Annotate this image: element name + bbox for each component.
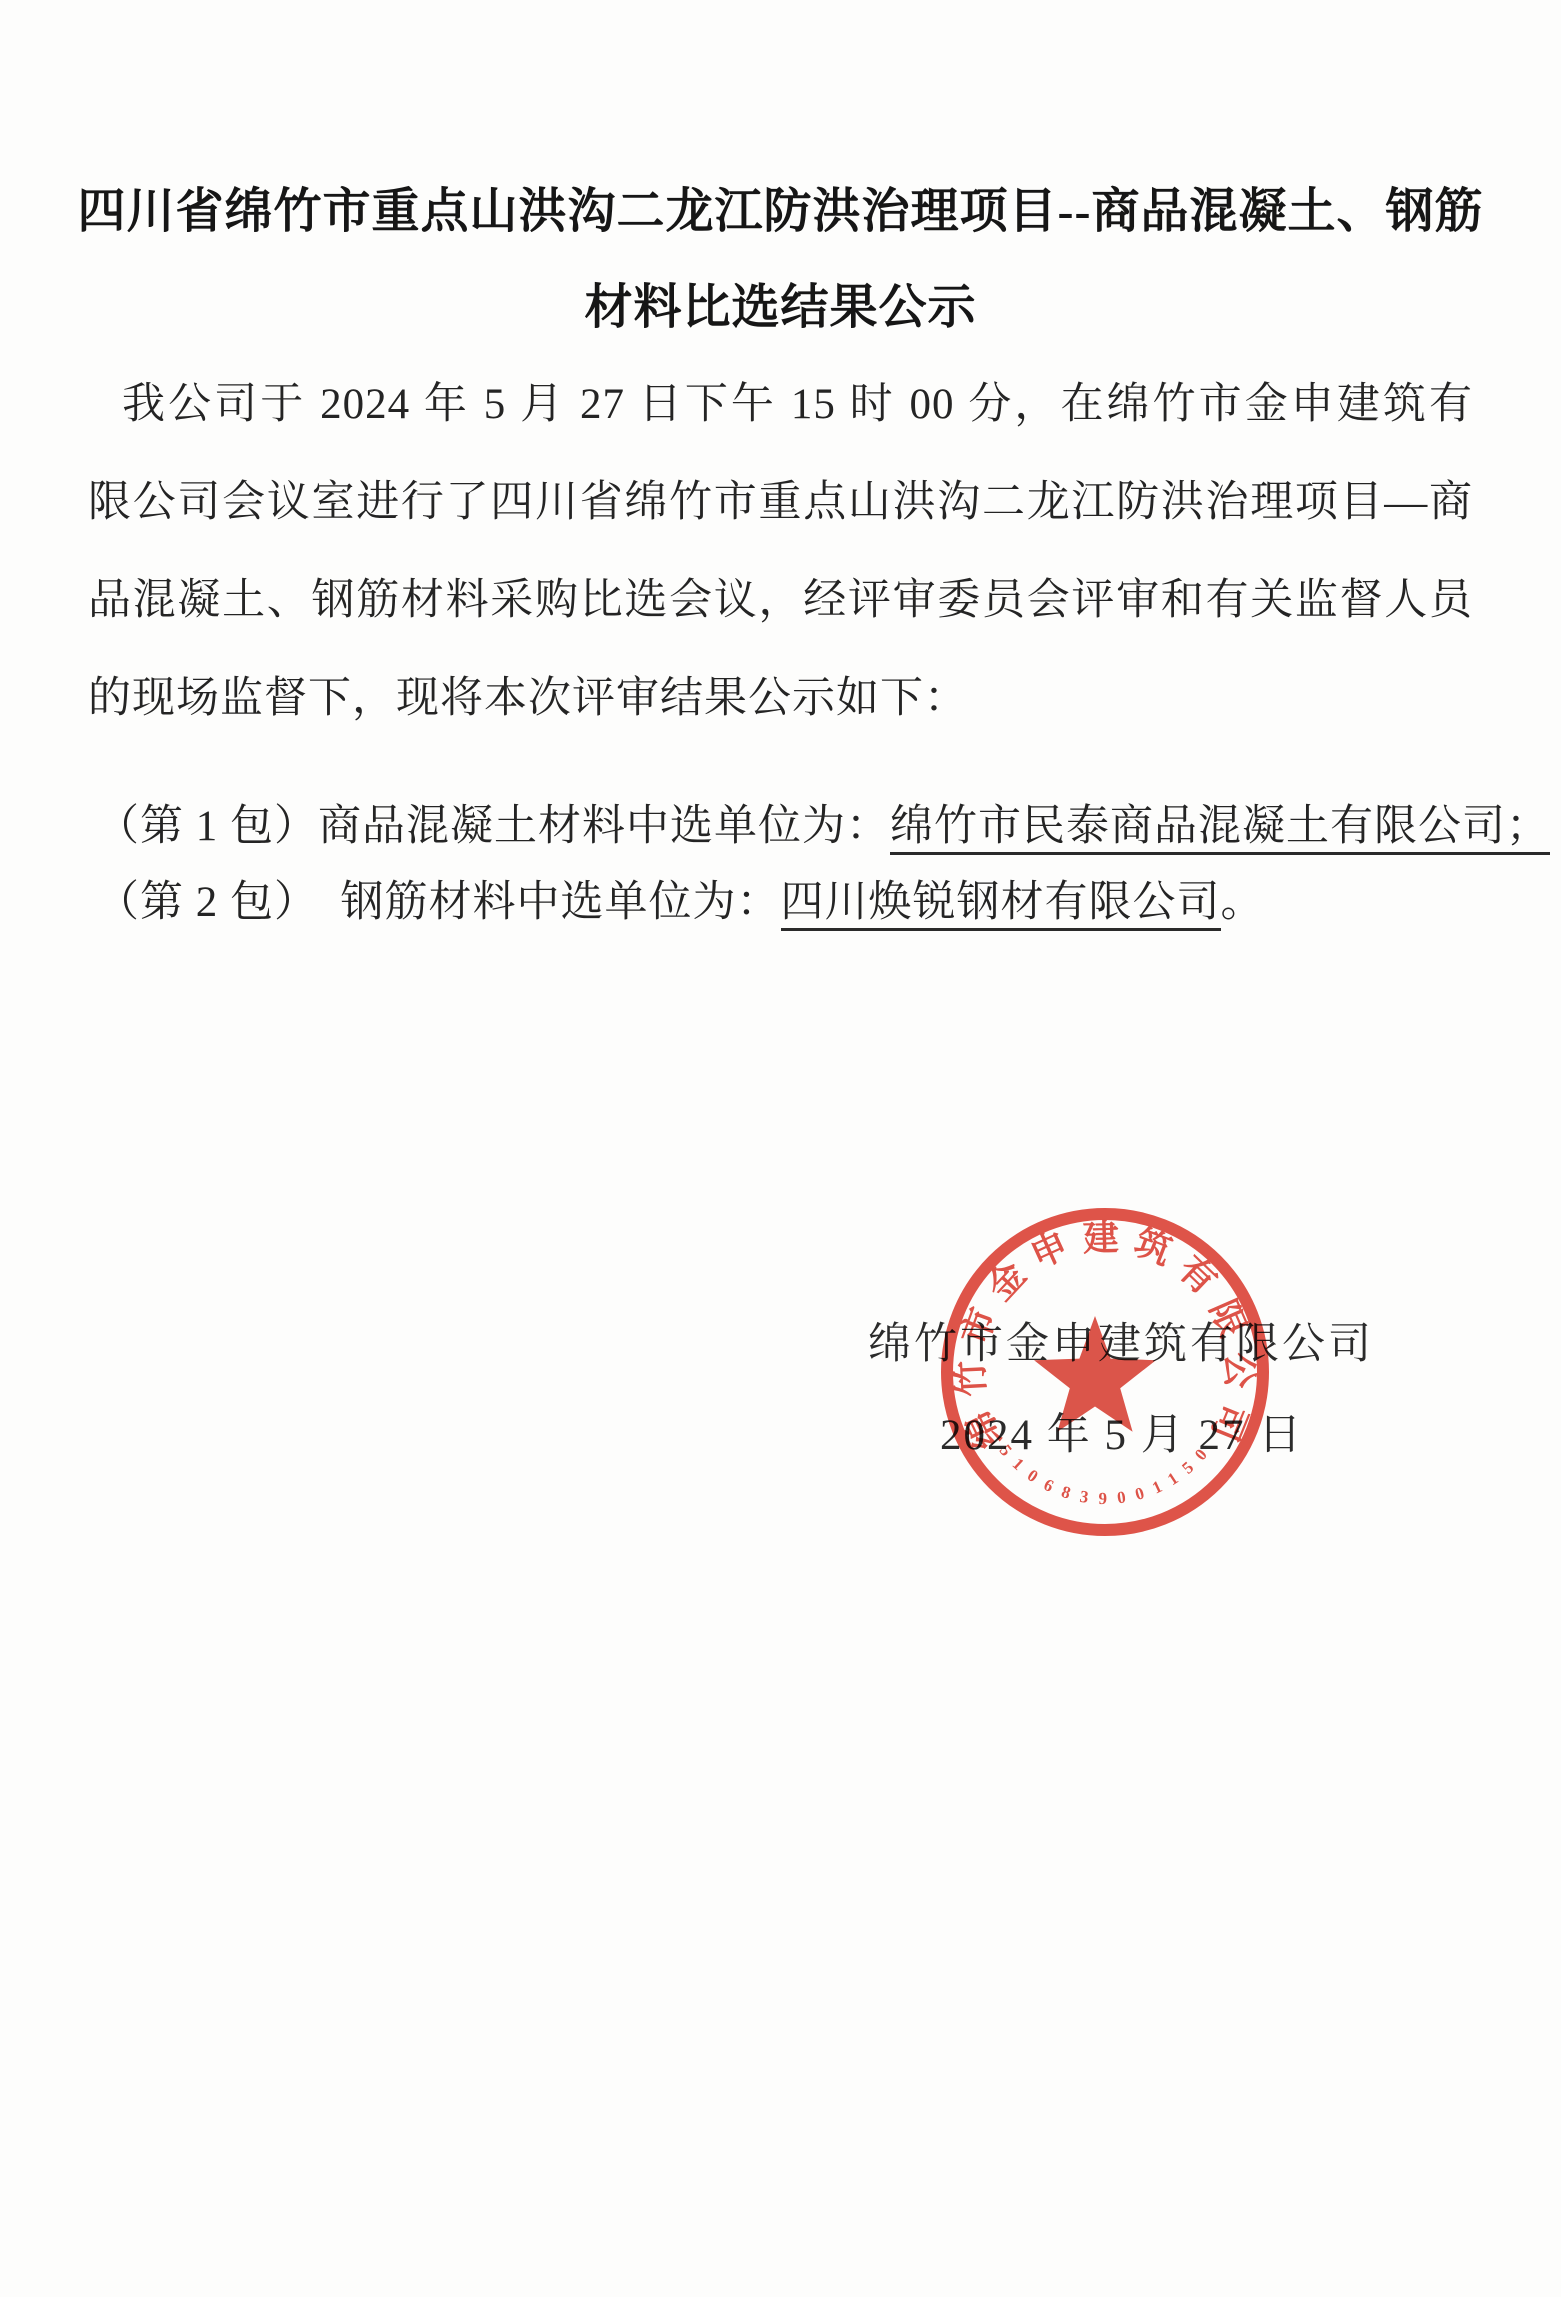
- results-section: （第 1 包）商品混凝土材料中选单位为：绵竹市民泰商品混凝土有限公司； （第 2…: [96, 789, 1501, 941]
- svg-text:5106839001150: 5106839001150: [996, 1441, 1214, 1508]
- body-line: 限公司会议室进行了四川省绵竹市重点山洪沟二龙江防洪治理项目—商: [88, 454, 1473, 552]
- body-line: 我公司于 2024 年 5 月 27 日下午 15 时 00 分，在绵竹市金申建…: [88, 356, 1473, 454]
- result-package-2: （第 2 包） 钢筋材料中选单位为：四川焕锐钢材有限公司。: [96, 865, 1501, 941]
- body-line: 品混凝土、钢筋材料采购比选会议，经评审委员会评审和有关监督人员: [88, 552, 1473, 650]
- body-line: 的现场监督下，现将本次评审结果公示如下：: [88, 650, 1473, 748]
- announcement-page: 四川省绵竹市重点山洪沟二龙江防洪治理项目--商品混凝土、钢筋 材料比选结果公示 …: [0, 0, 1561, 2297]
- body-paragraph: 我公司于 2024 年 5 月 27 日下午 15 时 00 分，在绵竹市金申建…: [88, 356, 1473, 748]
- seal-serial-number: 5106839001150: [996, 1441, 1214, 1508]
- document-title-line2: 材料比选结果公示: [0, 268, 1561, 337]
- result-2-suffix: 。: [1221, 879, 1265, 926]
- result-1-winner: 绵竹市民泰商品混凝土有限公司；: [890, 803, 1550, 855]
- company-seal-stamp-icon: 绵竹市金申建筑有限公司 5106839001150: [935, 1202, 1275, 1542]
- result-package-1: （第 1 包）商品混凝土材料中选单位为：绵竹市民泰商品混凝土有限公司；: [96, 789, 1501, 865]
- result-2-prefix: （第 2 包） 钢筋材料中选单位为：: [96, 879, 781, 926]
- result-2-winner: 四川焕锐钢材有限公司: [781, 879, 1221, 931]
- seal-star-icon: [1034, 1316, 1156, 1432]
- result-1-prefix: （第 1 包）商品混凝土材料中选单位为：: [96, 803, 890, 850]
- document-title-line1: 四川省绵竹市重点山洪沟二龙江防洪治理项目--商品混凝土、钢筋: [0, 172, 1561, 241]
